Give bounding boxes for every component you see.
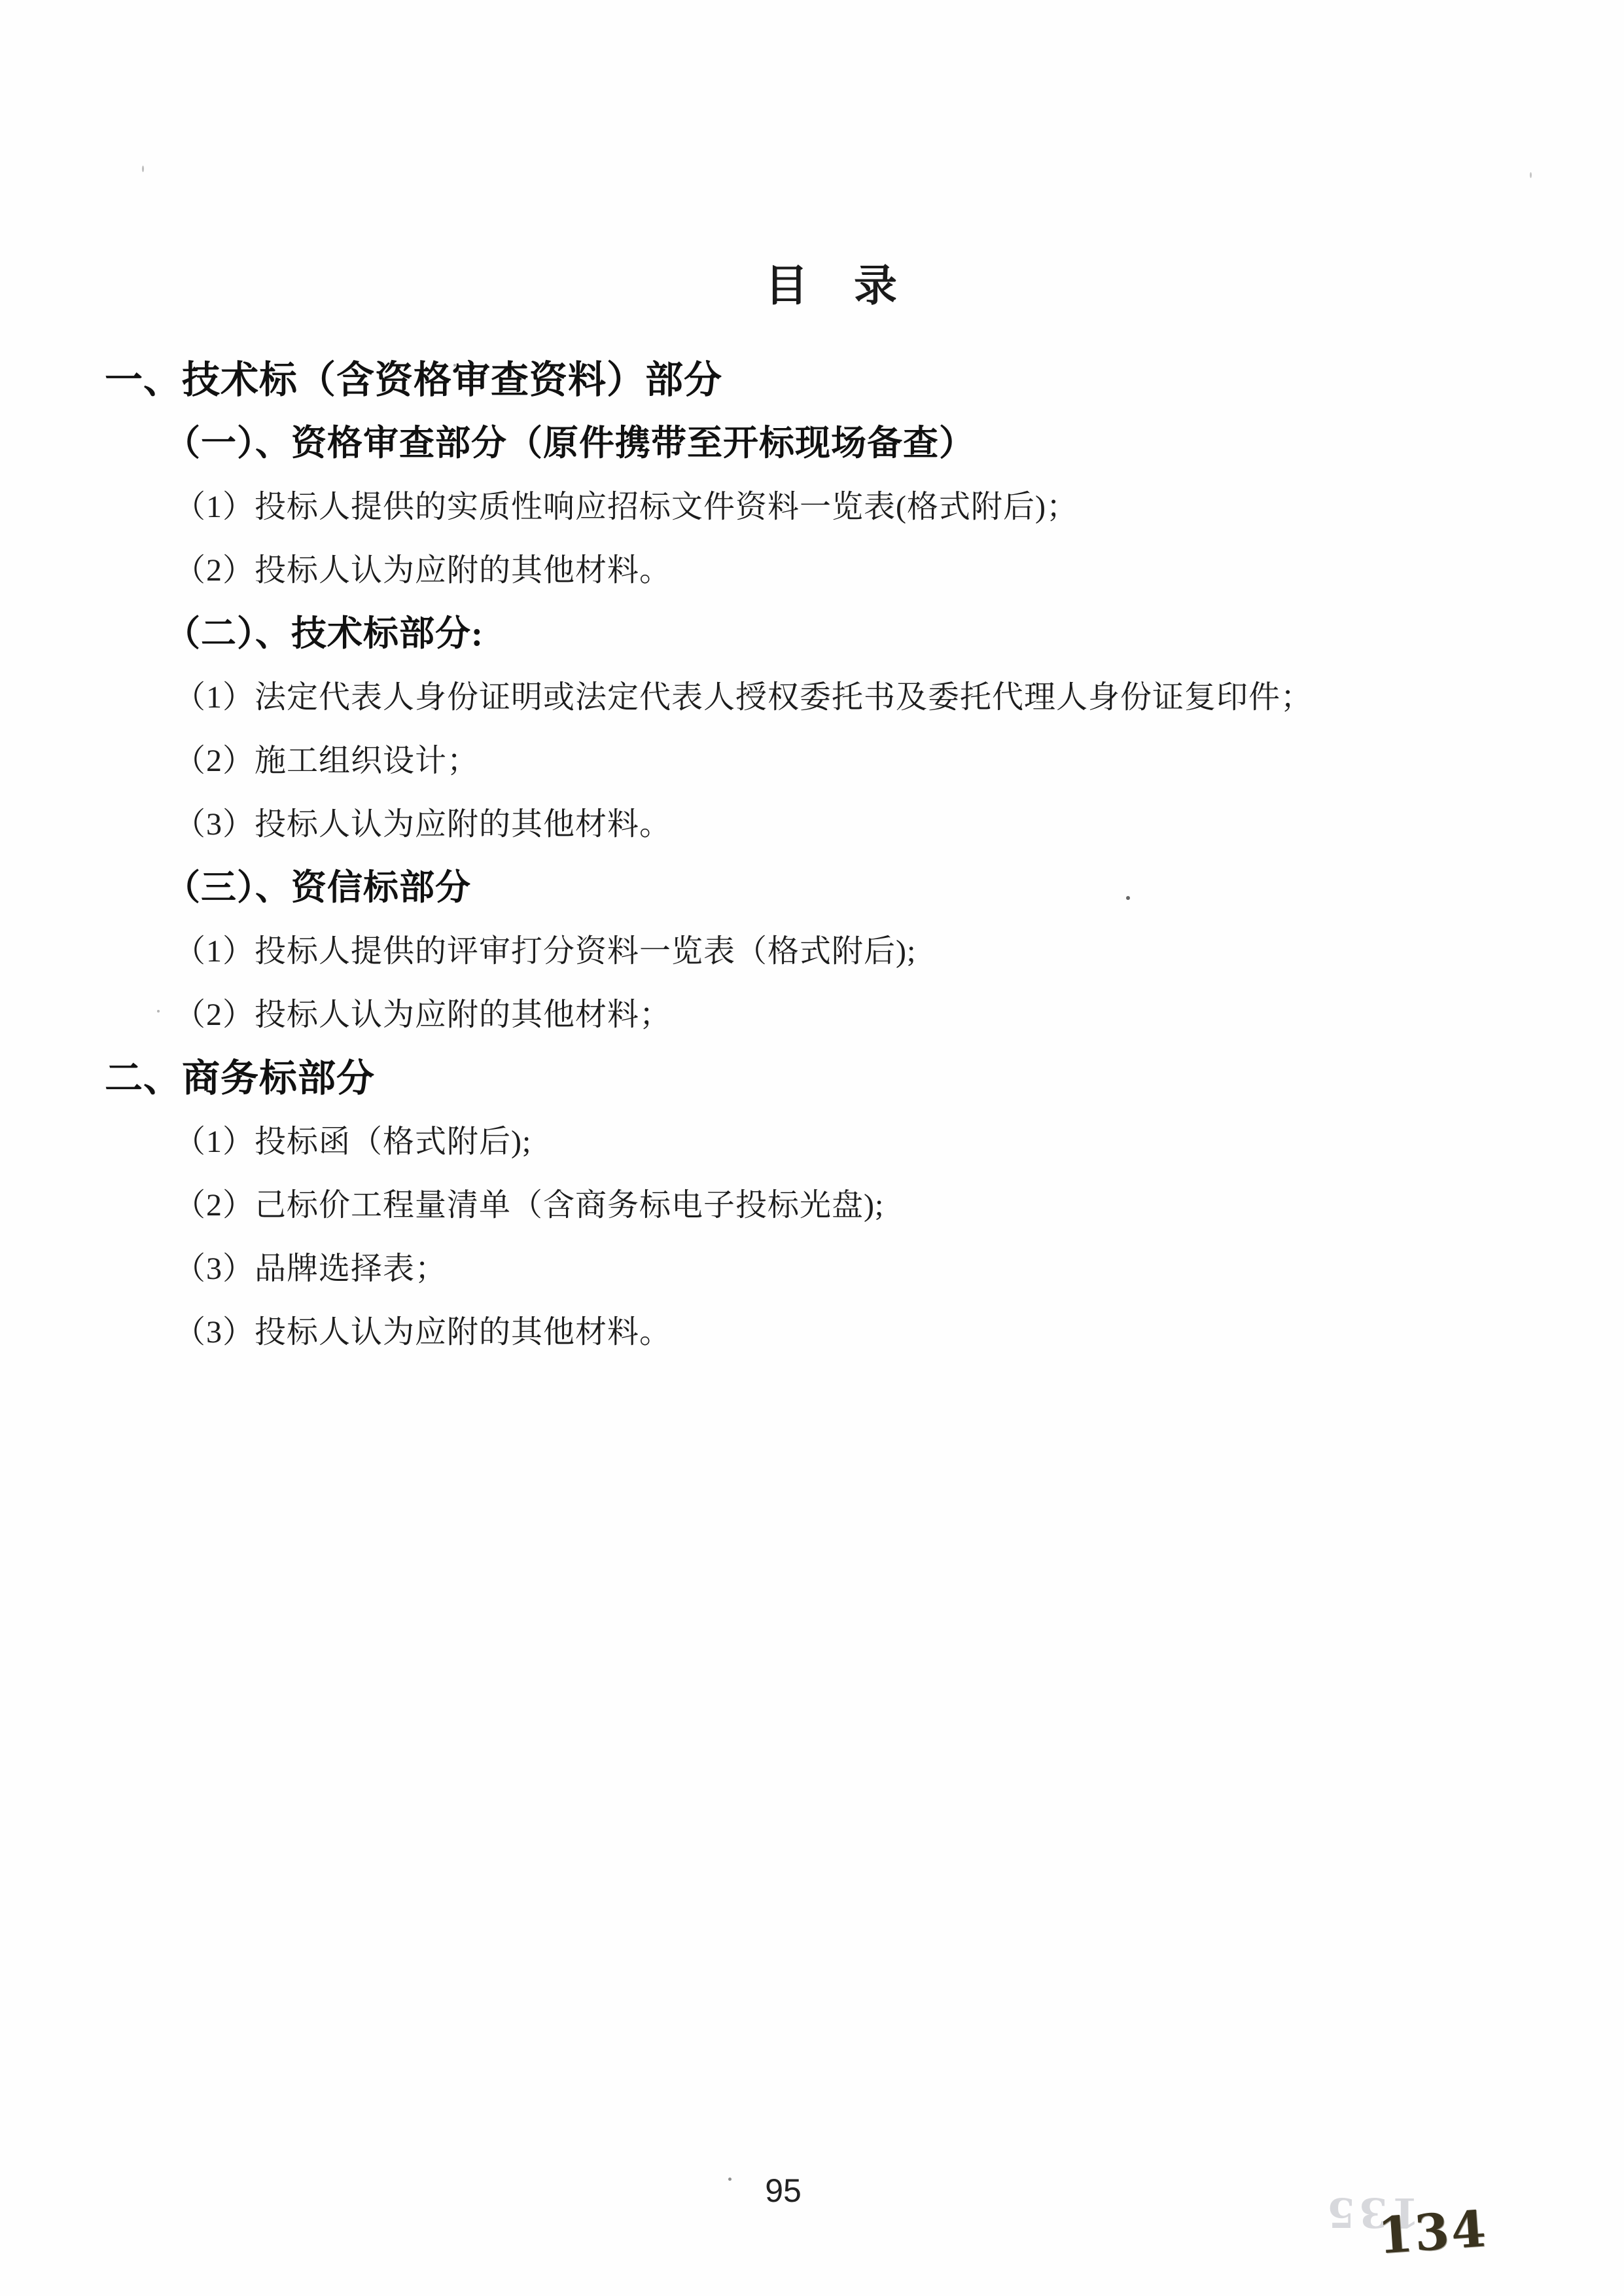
toc-item-commercial-4: （3）投标人认为应附的其他材料。 <box>174 1300 1559 1364</box>
toc-content: 目 录 一、技术标（含资格审查资料）部分 （一）、资格审查部分（原件携带至开标现… <box>105 260 1559 1364</box>
toc-subsection-qualification: （一）、资格审查部分（原件携带至开标现场备查） <box>165 412 1559 475</box>
toc-item-qualification-2: （2）投标人认为应附的其他材料。 <box>174 539 1559 602</box>
toc-item-commercial-1: （1）投标函（格式附后); <box>174 1110 1559 1174</box>
toc-section-technical-bid: 一、技术标（含资格审查资料）部分 <box>105 348 1559 412</box>
toc-item-credit-1: （1）投标人提供的评审打分资料一览表（格式附后); <box>174 920 1559 983</box>
toc-item-technical-2: （2）施工组织设计； <box>174 729 1559 793</box>
toc-item-technical-1: （1）法定代表人身份证明或法定代表人授权委托书及委托代理人身份证复印件； <box>174 666 1559 729</box>
scan-speck <box>453 364 456 367</box>
scan-speck <box>157 1010 160 1013</box>
page-stamp: 134 <box>1376 2199 1489 2265</box>
toc-item-commercial-3: （3）品牌选择表； <box>174 1237 1559 1300</box>
page-title: 目 录 <box>105 260 1559 313</box>
document-page: 目 录 一、技术标（含资格审查资料）部分 （一）、资格审查部分（原件携带至开标现… <box>0 0 1624 2296</box>
toc-item-technical-3: （3）投标人认为应附的其他材料。 <box>174 793 1559 856</box>
scan-speck <box>728 2178 732 2181</box>
toc-item-commercial-2: （2）己标价工程量清单（含商务标电子投标光盘); <box>174 1174 1559 1237</box>
toc-item-qualification-1: （1）投标人提供的实质性响应招标文件资料一览表(格式附后)； <box>174 475 1559 539</box>
toc-item-credit-2: （2）投标人认为应附的其他材料； <box>174 983 1559 1047</box>
toc-section-commercial-bid: 二、商务标部分 <box>105 1047 1559 1110</box>
scan-speck <box>142 166 144 172</box>
toc-subsection-technical: （二）、技术标部分: <box>165 602 1559 666</box>
scan-speck <box>1530 172 1532 178</box>
toc-subsection-credit: （三）、资信标部分 <box>165 856 1559 920</box>
scan-speck <box>1126 896 1130 900</box>
